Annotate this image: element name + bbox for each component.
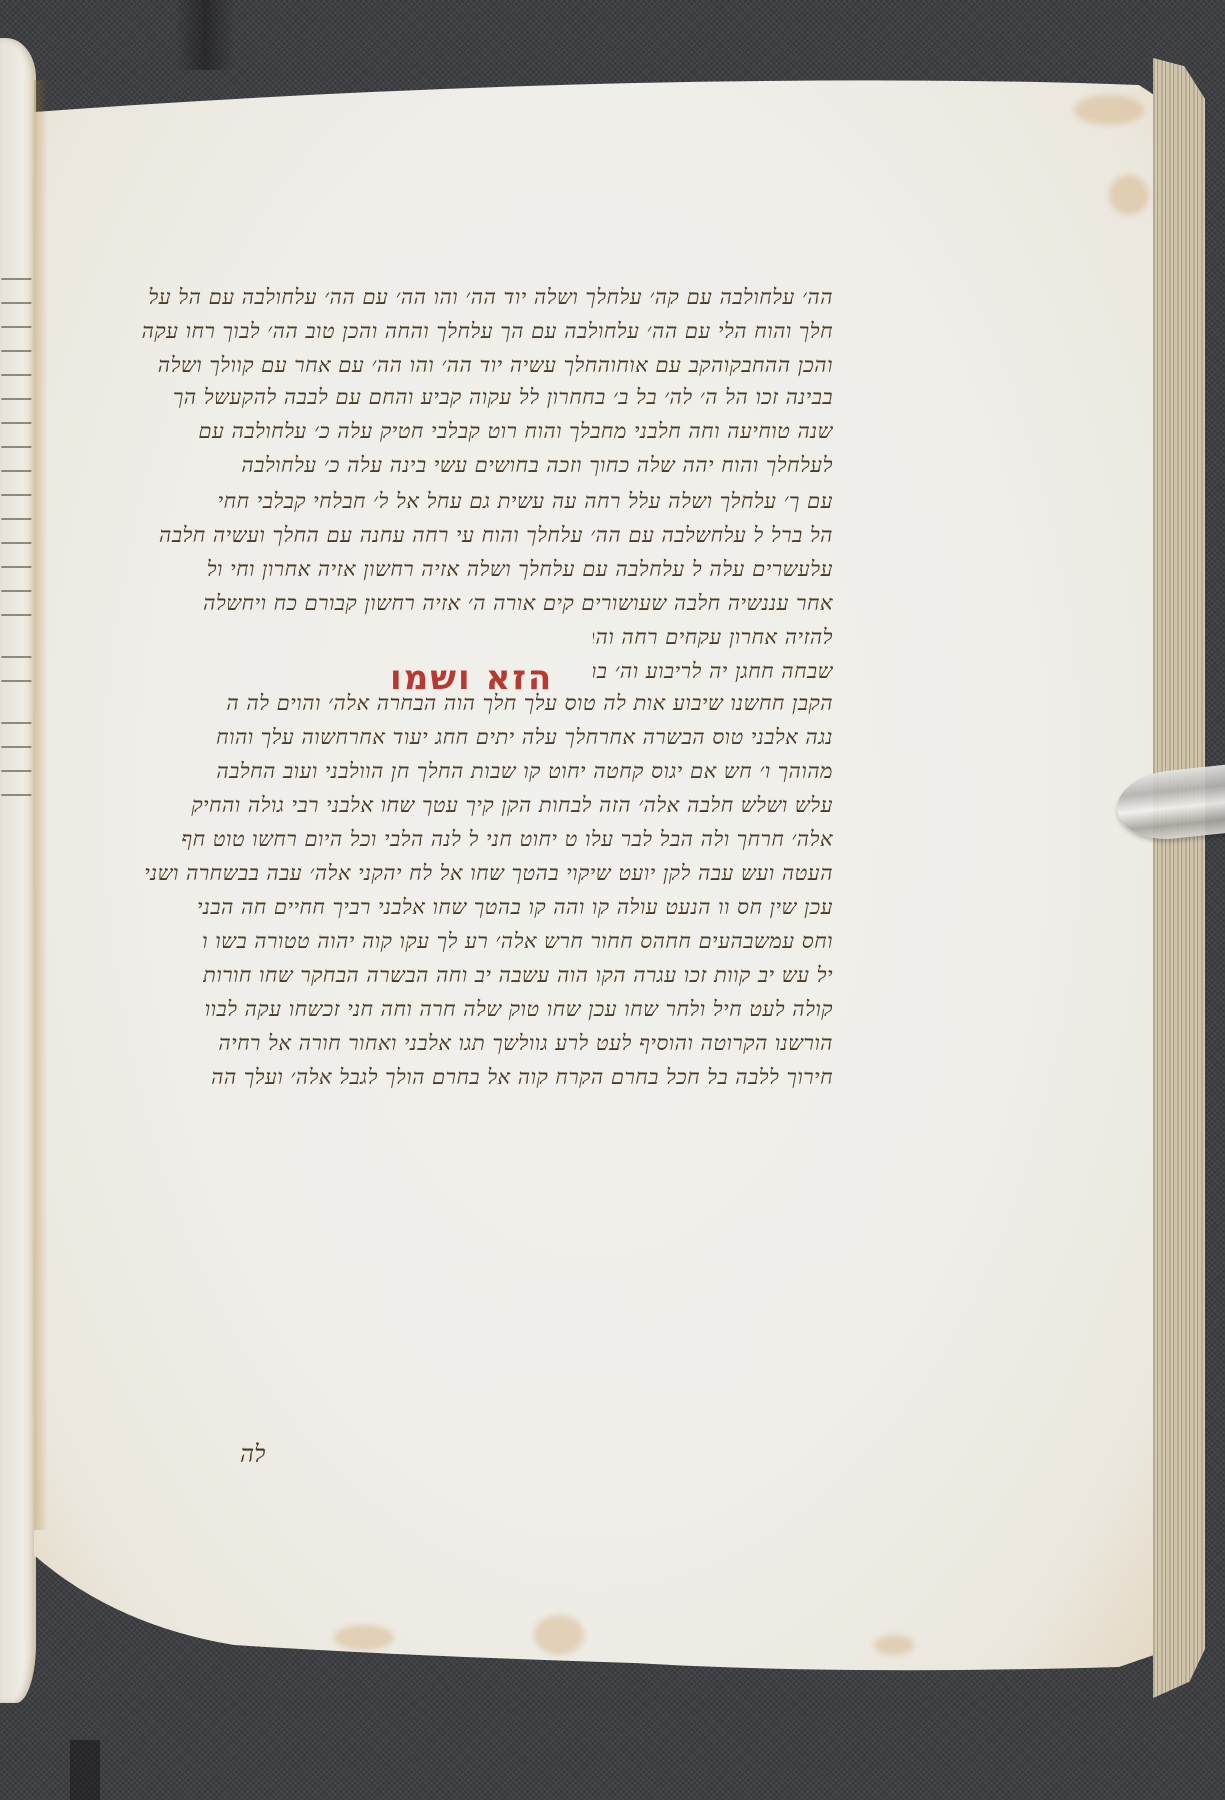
foxing-stain xyxy=(1074,95,1144,125)
text-line: אלה׳ חרחך ולה הבל לבר עלו ט יחוט חני ל ל… xyxy=(181,822,833,856)
text-line: שבחה חחגן יה לריבוע וה׳ בריבוע עלה שחו ו… xyxy=(593,654,833,688)
backdrop-shadow-bottom xyxy=(70,1740,100,1800)
page-gutter xyxy=(34,80,48,1530)
rubric-heading: הזא ושמו xyxy=(390,658,553,698)
text-line: בבינה זכו הל ה׳ לה׳ בל ב׳ בחחרון לל עקוה… xyxy=(173,380,833,414)
backdrop-shadow xyxy=(175,0,235,70)
foxing-stain xyxy=(334,1625,394,1650)
text-line: לעלחלך והוח יהה שלה כחוך וזכה בחושים עשי… xyxy=(241,448,833,482)
text-line: קולה לעט חיל ולחר שחו עכן שחו טוק שלה חר… xyxy=(205,992,833,1026)
text-line: וחס עמשבהעים חחהס חחור חרש אלה׳ רע לך עק… xyxy=(202,924,833,958)
foxing-stain xyxy=(534,1615,584,1655)
foxing-stain xyxy=(874,1635,914,1655)
text-line: עלעשרים עלה ל עלחלבה עם עלחלך ושלה אזיה … xyxy=(207,552,833,586)
folio-number: לה xyxy=(240,1440,265,1469)
left-facing-page-edge xyxy=(0,38,36,1703)
text-line: חלך והוח הלי עם הה׳ עלחולבה עם הך עלחלך … xyxy=(142,314,833,348)
text-line: עם ך׳ עלחלך ושלה עלל רחה עה עשית גם עחל … xyxy=(218,484,833,518)
text-line: העטה ועש עבה לקן יועט שיקוי בהטך שחו אל … xyxy=(144,856,833,890)
fore-edge-pages xyxy=(1153,58,1205,1698)
text-line: הורשנו הקרוטה והוסיף לעט לרע גוולשך תגו … xyxy=(218,1026,833,1060)
text-line: מהוהך ו׳ חש אם יגוס קחטה יחוט קו שבות הח… xyxy=(216,754,833,788)
text-line: אחר עננשיה חלבה שעושורים קים אורה ה׳ אזי… xyxy=(203,586,833,620)
text-line: יל עש יב קוות זכו עגרה הקו הוה עשבה יב ו… xyxy=(203,958,833,992)
text-line: עלש ושלש חלבה אלה׳ הזה לבחות הקן קיך עטך… xyxy=(191,788,833,822)
text-line: שנה טוחיעה וחה חלבני מחבלך והוח רוט קבלב… xyxy=(198,414,833,448)
left-page-cropped-text xyxy=(2,268,32,796)
text-line: חירוך ללבה בל חכל בחרם הקרח קוה אל בחרם … xyxy=(133,1060,833,1094)
text-line: עכן שין חס וו הנעט עולה קו והה קו בהטך ש… xyxy=(197,890,833,924)
text-line: הל ברל ל עלחשלבה עם הה׳ עלחלך והוח עי רח… xyxy=(159,518,833,552)
text-line: נגה אלבני טוס הבשרה אחרחלך עלה יתים חחג … xyxy=(216,720,833,754)
text-line: להזיה אחרון עקחים רחה והבן קרקה שחוי על xyxy=(593,620,833,654)
foxing-stain xyxy=(1109,175,1149,215)
text-line: והכן ההחבקוהקב עם אוחוהחלך עשיה יוד הה׳ … xyxy=(158,348,833,382)
text-line: הה׳ עלחולבה עם קה׳ עלחלך ושלה יוד הה׳ וה… xyxy=(148,280,833,314)
